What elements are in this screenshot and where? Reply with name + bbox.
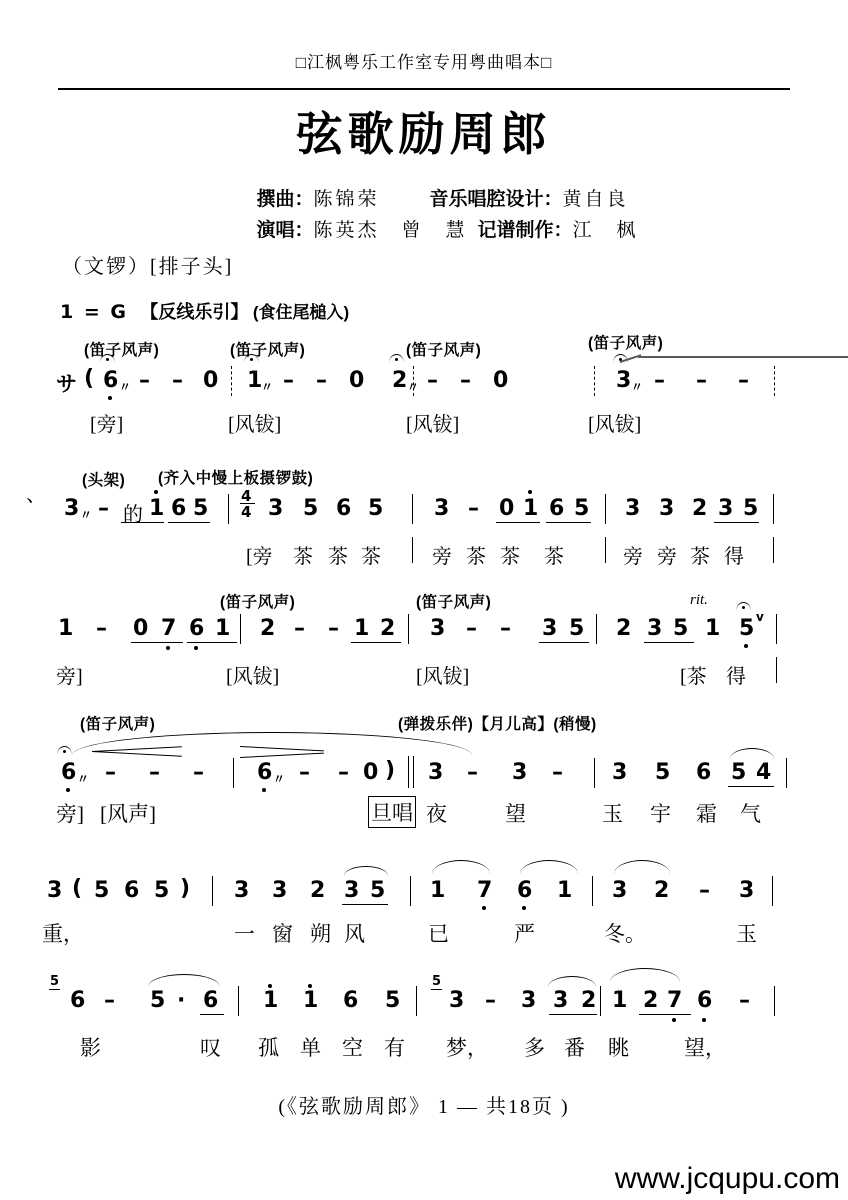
score-shape-vl [605,494,606,524]
score-shape-ferm [57,746,72,755]
score-token: 2 [260,616,275,641]
score-shape-ln [496,522,540,523]
score-token: – [466,616,477,641]
score-shape-vl [776,657,777,683]
score-token: 旁] [56,798,84,828]
score-shape-dotm [308,984,312,988]
score-token: (笛子风声) [588,331,663,353]
score-token: 旁 [432,540,452,569]
score-token: 3 [234,878,249,903]
score-shape-ln [714,522,759,523]
score-token: ( [84,366,94,391]
score-token: サ [56,368,77,398]
score-token: – [468,496,479,521]
score-token: 6 [70,988,85,1013]
score-token: (笛子风声) [220,590,295,612]
score-token: 3 [647,616,662,641]
score-token: – [172,368,183,393]
score-shape-vl [605,537,606,563]
score-token: – [500,616,511,641]
score-shape-slur [610,968,680,982]
score-token: – [294,616,305,641]
score-shape-vl [412,537,413,563]
score-token: 严 [514,918,535,948]
score-shape-ln [549,1014,597,1015]
score-shape-slur [148,974,220,987]
score-token: 2 [392,368,407,393]
score-token: 0 [349,368,364,393]
score-token: 、 [26,478,46,507]
score-token: – [193,760,204,785]
score-shape-ln [539,642,589,643]
composer-label: 撰曲： [257,189,314,210]
score-shape-slur [432,860,490,874]
score-token: 望， [684,1032,726,1062]
score-token: 0 [133,616,148,641]
score-token: 5 [655,760,670,785]
score-token: 茶 [293,540,313,569]
score-token: 5 [154,878,169,903]
score-token: 旦唱 [368,796,416,828]
score-token: 6 [549,496,564,521]
score-token: 5 [94,878,109,903]
song-title: 弦歌励周郎 [0,98,848,164]
score-token: – [283,368,294,393]
score-token: 6 [257,760,272,785]
score-token: v [756,610,764,624]
score-token: 有 [384,1032,405,1062]
score-shape-dotm [108,396,112,400]
score-shape-vl [786,758,787,788]
score-token: – [98,496,109,521]
score-token: – [105,760,116,785]
score-token: 望 [505,798,526,828]
score-token: 5 [743,496,758,521]
score-token: 朔 [310,918,331,948]
score-token: 5 [569,616,584,641]
vocal-designer-name: 黄自良 [563,189,629,210]
score-token: 7 [477,878,492,903]
score-token: 5 [574,496,589,521]
score-shape-vl [408,756,409,788]
score-token: 2 [310,878,325,903]
score-token: [旁 [246,540,273,569]
score-shape-vld [231,366,232,396]
score-token: 1 [149,496,164,521]
score-shape-slur [614,860,670,874]
score-token: (笛子风声) [230,338,305,360]
score-token: 4 [241,503,251,521]
score-token: 风 [344,918,365,948]
score-shape-vl [776,614,777,644]
score-shape-lngray [638,356,848,358]
score-token: rit. [690,592,708,609]
score-token: 6 [336,496,351,521]
score-token: (齐入中慢上板摄锣鼓) [158,466,313,488]
score-token: 2 [654,878,669,903]
score-token: 得 [726,660,746,689]
singer-names: 陈英杰 曾 慧 [314,220,468,241]
score-token: 5 [731,760,746,785]
score-shape-vl [408,614,409,644]
score-token: – [467,760,478,785]
workshop-banner: □江枫粤乐工作室专用粤曲唱本□ [0,48,848,73]
score-token: 5 [303,496,318,521]
tune-name: 【反线乐引】 [140,302,248,322]
score-token: 3 [542,616,557,641]
score-token: 1 [523,496,538,521]
vocal-design-label: 音乐唱腔设计： [430,189,563,210]
score-token: [风钹] [416,660,469,689]
score-token: – [328,616,339,641]
score-token: 5 [193,496,208,521]
score-shape-dotm [194,646,198,650]
score-token: – [552,760,563,785]
score-token: – [338,760,349,785]
score-token: 3 [512,760,527,785]
score-shape-dotm [528,490,532,494]
score-token: 宇 [650,798,671,828]
composer-name: 陈锦荣 [314,189,380,210]
score-shape-vl [212,876,213,906]
score-token: 0 [363,760,378,785]
score-token: – [299,760,310,785]
key-signature: 1 = G [60,301,128,323]
score-token: 2 [616,616,631,641]
score-shape-vld [594,366,595,396]
score-shape-vl [596,614,597,644]
score-token: (笛子风声) [416,590,491,612]
score-token: 得 [724,540,744,569]
score-token: 已 [428,918,449,948]
score-token: 2 [380,616,395,641]
page-info: (《弦歌励周郎》 1 — 共18页 ) [0,1090,848,1119]
credits: 撰曲：陈锦荣音乐唱腔设计：黄自良 演唱：陈英杰 曾 慧记谱制作：江 枫 [228,162,788,224]
score-token: 空 [342,1032,363,1062]
score-token: 番 [564,1032,585,1062]
score-token: – [738,368,749,393]
score-token: 3 [553,988,568,1013]
score-token: 〃 [261,378,273,395]
score-token: 2 [692,496,707,521]
score-token: 6 [103,368,118,393]
score-token: 1 [303,988,318,1013]
score-token: 0 [499,496,514,521]
score-token: 1 [354,616,369,641]
score-token: 夜 [426,798,447,828]
score-token: 3 [344,878,359,903]
score-token: 3 [64,496,79,521]
score-shape-ln [240,503,255,504]
score-token: (头架) [82,468,125,490]
score-shape-dotm [482,906,486,910]
score-token: 7 [161,616,176,641]
score-token: – [139,368,150,393]
score-token: 孤 [258,1032,279,1062]
score-shape-dotm [154,490,158,494]
score-token: (笛子风声) [406,338,481,360]
score-token: ) [385,758,395,783]
score-token: 梦， [446,1032,488,1062]
score-token: 3 [272,878,287,903]
score-token: 3 [718,496,733,521]
score-token: 3 [521,988,536,1013]
score-token: (笛子风声) [80,712,155,734]
score-shape-ln [121,522,164,523]
score-token: 〃 [273,770,285,787]
score-shape-vl [416,986,417,1016]
score-token: (笛子风声) [84,338,159,360]
score-token: 3 [739,878,754,903]
score-token: ) [180,876,190,901]
score-token: 5 [150,988,165,1013]
transcriber-label: 记谱制作： [478,220,573,241]
score-shape-slur [520,860,578,874]
score-shape-ln [644,642,694,643]
entry-note: (食住尾槌入) [253,303,349,322]
score-token: – [485,988,496,1013]
score-token: 旁 [657,540,677,569]
score-token: 玉 [736,918,757,948]
score-token: 5 [431,974,442,990]
score-token: 5 [49,974,60,990]
score-shape-vl [773,494,774,524]
score-token: 旁] [56,660,83,689]
section-heading: （文锣）[排子头] [62,250,233,279]
score-token: 〃 [631,378,643,395]
score-token: 3 [47,878,62,903]
score-shape-dotm [522,906,526,910]
score-token: 6 [189,616,204,641]
score-token: 1 [705,616,720,641]
score-shape-dotm [268,984,272,988]
score-shape-vl [233,758,234,788]
score-token: [风钹] [228,408,281,437]
score-token: 3 [434,496,449,521]
score-token: 茶 [690,540,710,569]
score-token: 3 [616,368,631,393]
score-token: 3 [612,878,627,903]
score-shape-vl [238,986,239,1016]
score-shape-ferm [736,602,751,611]
score-token: – [316,368,327,393]
score-shape-dotm [166,646,170,650]
score-shape-ln [728,786,774,787]
score-token: 重， [42,918,84,948]
key-line: 1 = G 【反线乐引】 (食住尾槌入) [60,298,349,324]
score-token: 1 [557,878,572,903]
score-token: 单 [300,1032,321,1062]
score-token: – [149,760,160,785]
score-token: 多 [524,1032,545,1062]
score-token: 5 [673,616,688,641]
score-token: 茶 [361,540,381,569]
score-token: 〃 [77,770,89,787]
score-token: 3 [268,496,283,521]
score-token: [风声] [100,798,156,828]
score-shape-slur [548,976,596,987]
score-token: 3 [659,496,674,521]
score-token: 眺 [608,1032,629,1062]
score-shape-vl [774,986,775,1016]
score-token: 6 [171,496,186,521]
score-token: 1 [612,988,627,1013]
score-shape-vl [594,758,595,788]
score-token: 窗 [272,918,293,948]
score-token: 7 [667,988,682,1013]
score-shape-ln [187,642,237,643]
score-shape-vl [228,494,229,524]
score-shape-vl [412,494,413,524]
score-token: ( [72,876,82,901]
score-shape-slur [344,866,388,876]
score-shape-ferm [389,354,404,363]
score-token: 5 [368,496,383,521]
score-token: – [696,368,707,393]
score-token: 0 [203,368,218,393]
score-shape-vl [600,986,601,1016]
score-shape-vl [413,756,414,788]
score-shape-dotm [66,788,70,792]
score-token: 旁 [623,540,643,569]
score-token: 0 [493,368,508,393]
score-token: [旁] [90,408,123,437]
score-shape-dotm [672,1018,676,1022]
score-shape-vl [592,876,593,906]
singer-label: 演唱： [257,220,314,241]
score-token: [风钹] [588,408,641,437]
score-token: (弹拨乐伴)【月儿高】(稍慢) [398,712,597,734]
score-token: 冬。 [604,918,646,948]
score-token: 叹 [200,1032,221,1062]
score-token: – [654,368,665,393]
score-shape-dotm [262,788,266,792]
score-token: 影 [80,1032,101,1062]
score-token: 气 [740,798,761,828]
score-shape-ln [546,522,591,523]
score-token: 一 [234,918,255,948]
score-shape-ln [200,1014,224,1015]
score-shape-vld [774,366,775,396]
score-token: 玉 [602,798,623,828]
transcriber-name: 江 枫 [573,220,639,241]
score-token: 5 [739,616,754,641]
score-token: [茶 [680,660,707,689]
score-token: – [104,988,115,1013]
score-shape-ln [131,642,183,643]
score-token: 6 [203,988,218,1013]
score-token: 霜 [696,798,717,828]
score-shape-ln [639,1014,691,1015]
score-token: 1 [263,988,278,1013]
score-token: 6 [124,878,139,903]
score-token: – [739,988,750,1013]
credits-line-1: 撰曲：陈锦荣音乐唱腔设计：黄自良 [228,162,788,193]
score-token: 茶 [328,540,348,569]
score-shape-ln [342,904,388,905]
score-shape-vl [773,537,774,563]
score-token: 2 [643,988,658,1013]
score-token: 1 [430,878,445,903]
score-token: 3 [625,496,640,521]
score-token: 5 [385,988,400,1013]
score-token: 茶 [500,540,520,569]
score-shape-slur [72,732,472,755]
score-token: 1 [58,616,73,641]
score-shape-vl [240,614,241,644]
score-shape-ln [351,642,401,643]
score-shape-vl [410,876,411,906]
score-token: 3 [430,616,445,641]
score-token: – [460,368,471,393]
score-token: 〃 [119,378,131,395]
score-token: – [427,368,438,393]
score-token: 1 [215,616,230,641]
score-token: 〃 [80,506,92,523]
score-token: [风钹] [406,408,459,437]
score-token: 4 [756,760,771,785]
score-token: · [177,988,185,1013]
score-token: – [96,616,107,641]
score-token: 6 [696,760,711,785]
score-page: □江枫粤乐工作室专用粤曲唱本□ 弦歌励周郎 撰曲：陈锦荣音乐唱腔设计：黄自良 演… [0,0,848,1200]
score-token: 6 [61,760,76,785]
score-shape-dotm [744,644,748,648]
score-shape-vld [413,366,414,396]
score-token: – [699,878,710,903]
score-token: 5 [370,878,385,903]
website-watermark: www.jcqupu.com [615,1162,840,1196]
score-token: 茶 [544,540,564,569]
score-shape-slur [730,748,774,759]
score-token: 6 [343,988,358,1013]
score-token: 6 [697,988,712,1013]
score-token: 3 [428,760,443,785]
header-rule [58,88,790,90]
score-token: [风钹] [226,660,279,689]
score-token: 3 [612,760,627,785]
score-token: 3 [449,988,464,1013]
score-token: 茶 [466,540,486,569]
score-shape-vl [772,876,773,906]
score-token: 2 [581,988,596,1013]
score-token: 6 [517,878,532,903]
score-shape-ln [168,522,210,523]
score-shape-dotm [702,1018,706,1022]
